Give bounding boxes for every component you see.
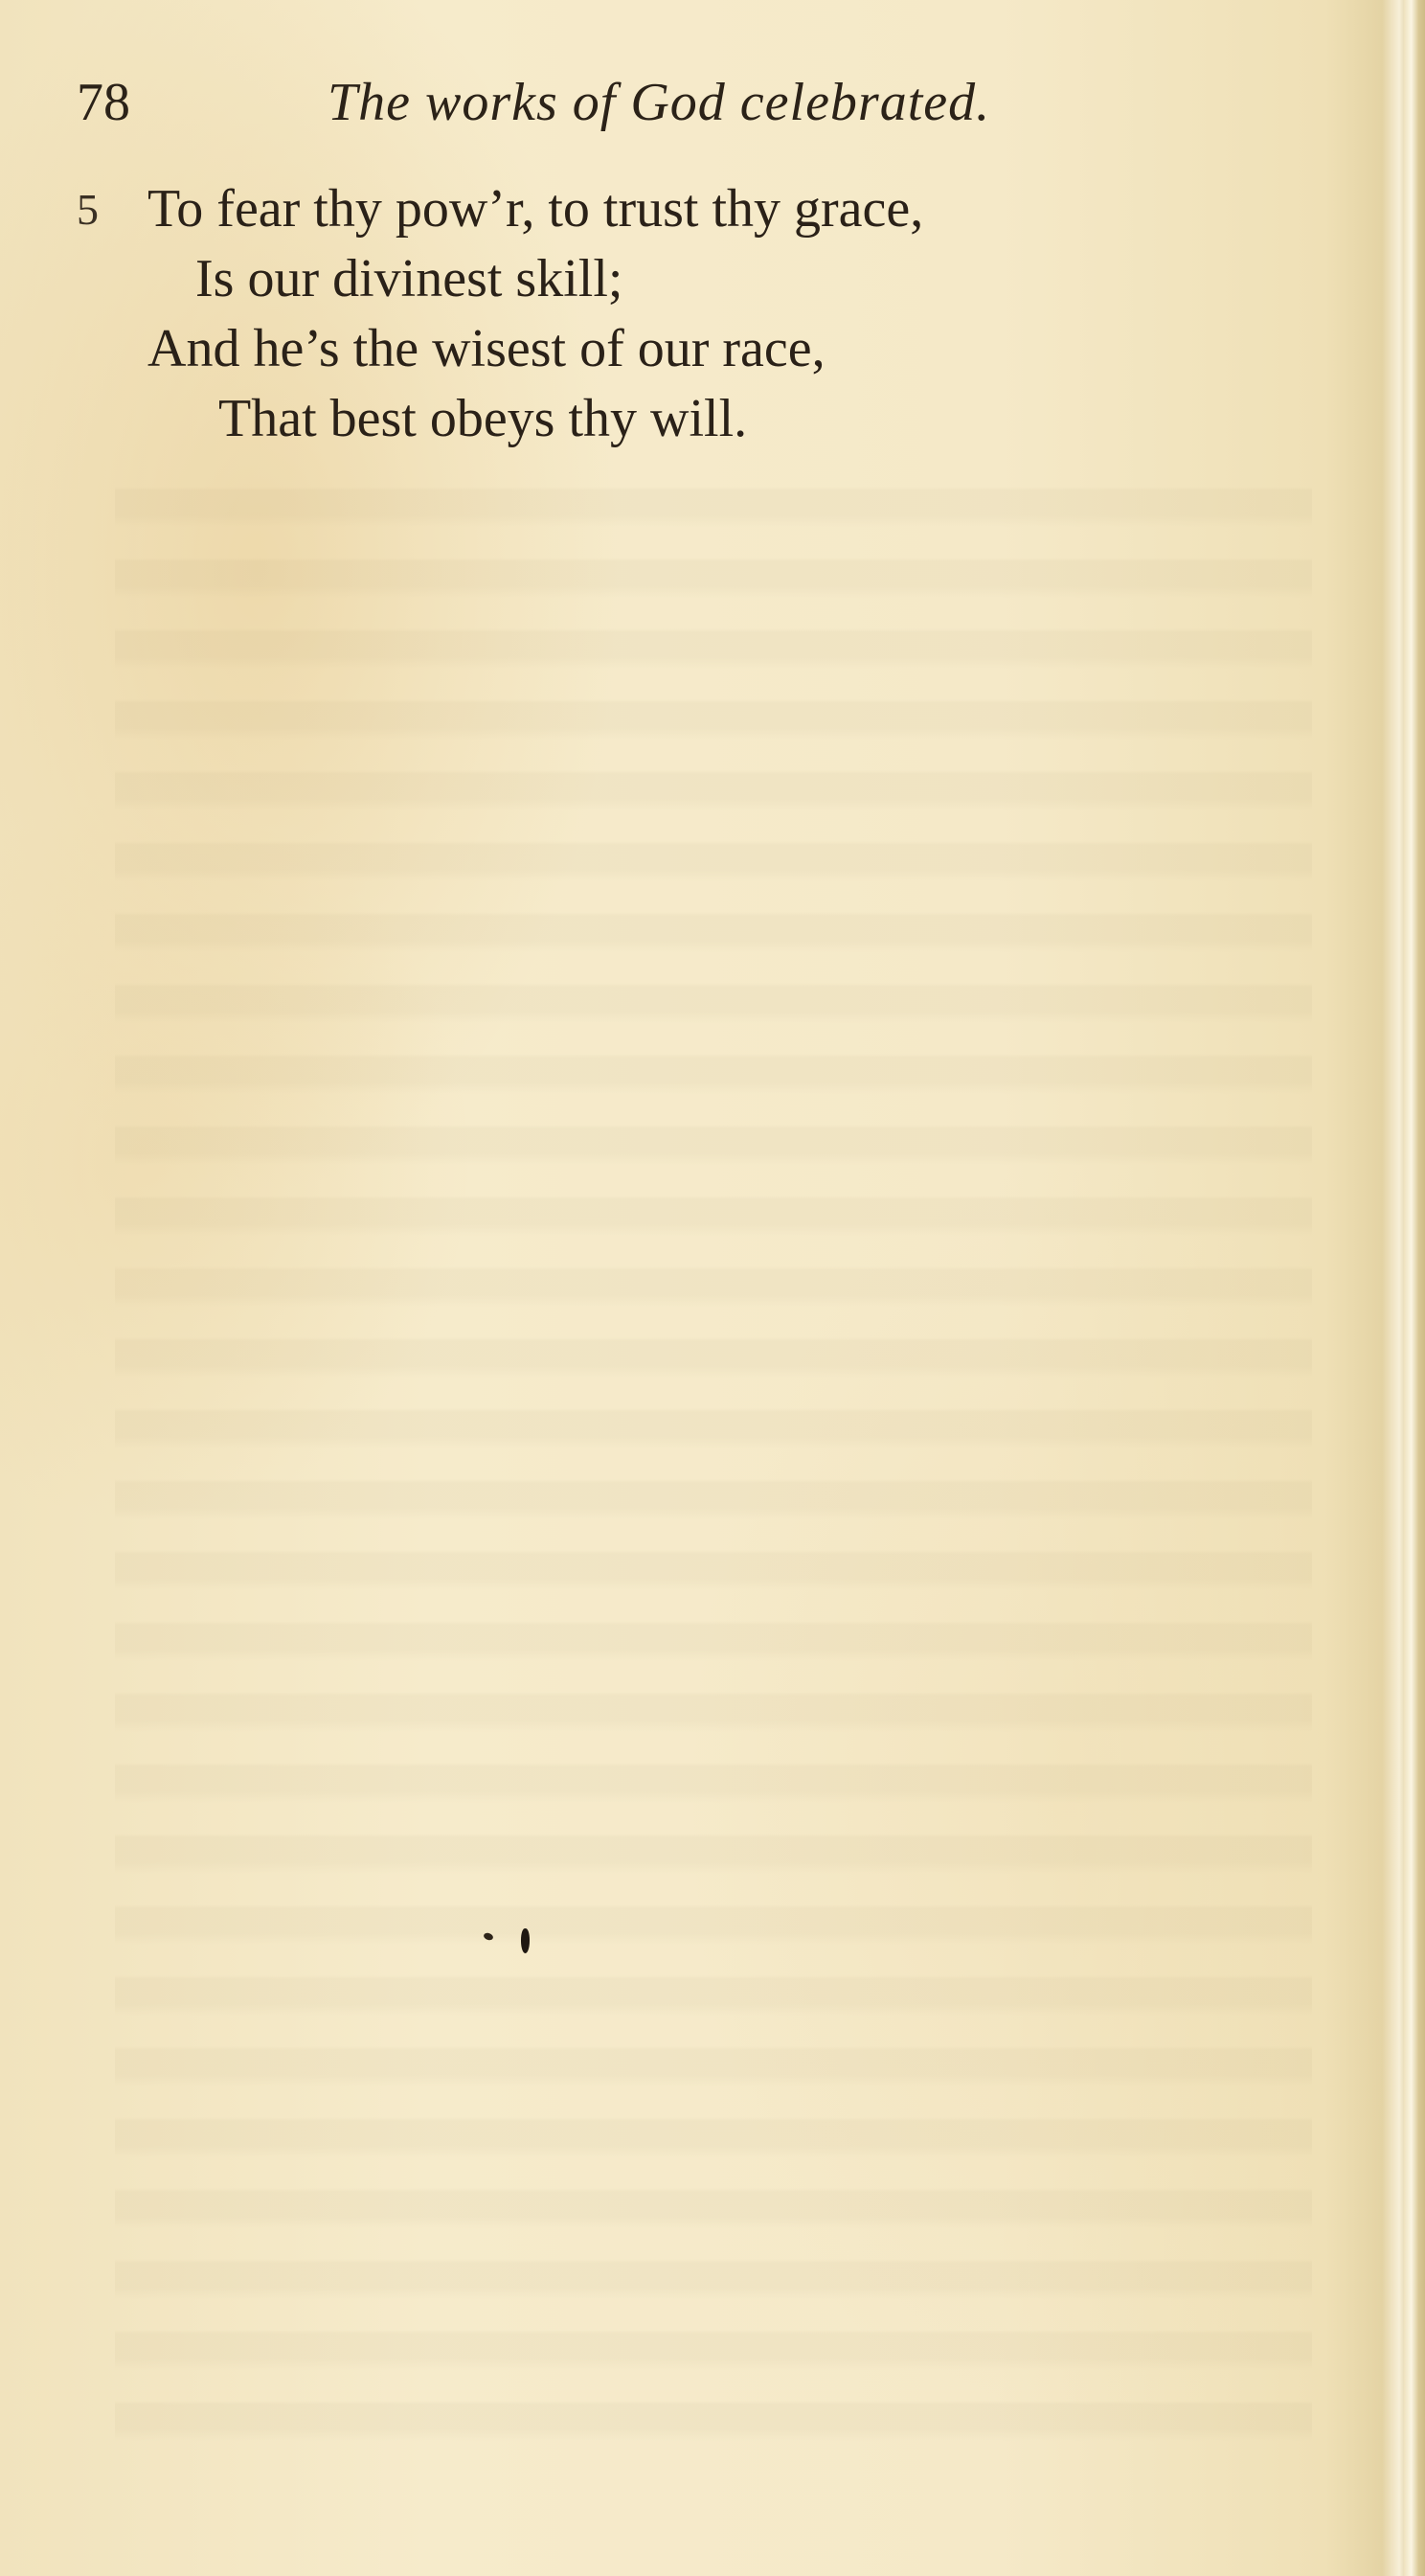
stanza-line: Is our divinest skill; [77, 244, 1226, 314]
stanza-line-text: To fear thy pow’r, to trust thy grace, [147, 174, 923, 244]
page-edge [1404, 0, 1425, 2576]
stanza-line: And he’s the wisest of our race, [77, 314, 1226, 384]
stanza-line: That best obeys thy will. [77, 384, 1226, 454]
printer-ornament-icon [479, 1926, 536, 1964]
stanza-line-text: That best obeys thy will. [218, 384, 747, 454]
stanza-line-text: And he’s the wisest of our race, [147, 314, 826, 384]
stanza-number: 5 [77, 174, 99, 244]
hymn-stanza: 5 To fear thy pow’r, to trust thy grace,… [77, 174, 1226, 454]
stanza-line: 5 To fear thy pow’r, to trust thy grace, [77, 174, 1226, 244]
ornament-mark-icon [521, 1928, 530, 1953]
ornament-dot-icon [483, 1932, 494, 1942]
running-head: The works of God celebrated. [328, 69, 990, 136]
show-through-bleed [115, 460, 1312, 2472]
book-page: 78 The works of God celebrated. 5 To fea… [0, 0, 1425, 2576]
page-number: 78 [77, 69, 130, 136]
stanza-line-text: Is our divinest skill; [195, 244, 622, 314]
page-header: 78 The works of God celebrated. [77, 69, 1178, 136]
